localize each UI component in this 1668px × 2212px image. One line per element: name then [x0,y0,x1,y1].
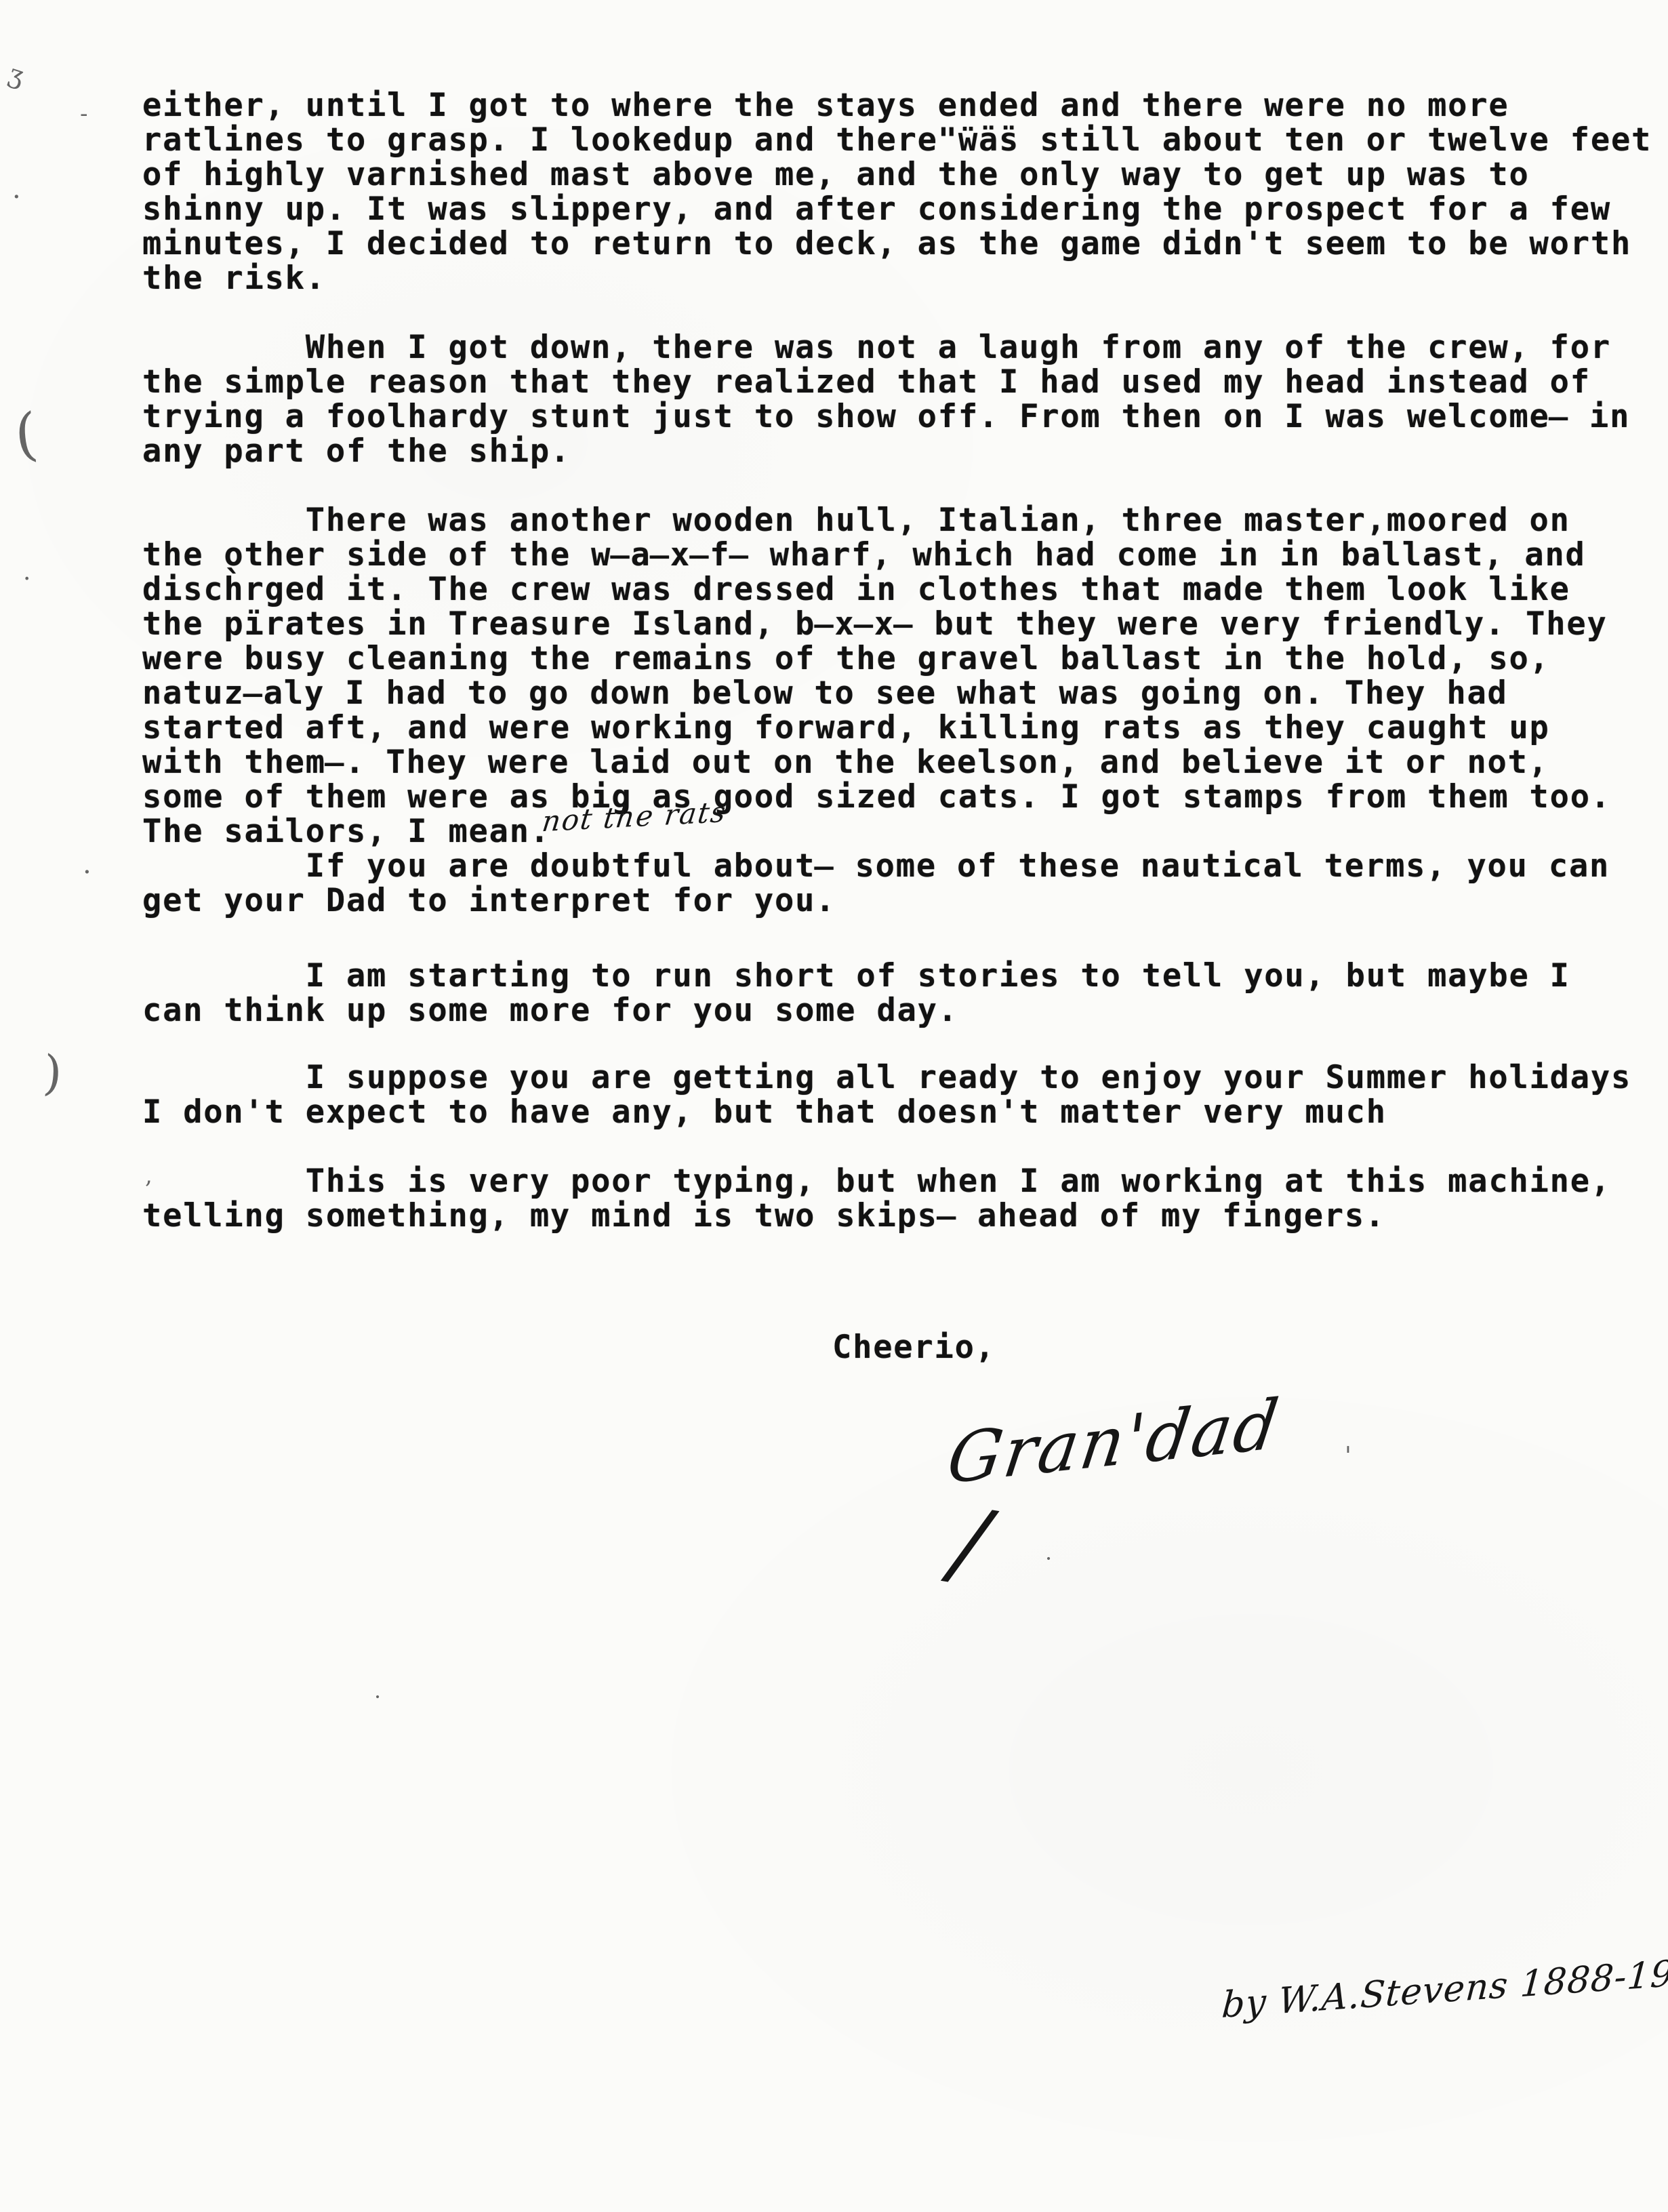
letter-paragraph-3: There was another wooden hull, Italian, … [142,503,1611,849]
scan-speck: ) [41,1045,64,1102]
letter-paragraph-4: If you are doubtful about̶ some of these… [142,849,1610,918]
scan-speck: ʒ [5,58,28,91]
letter-paragraph-5: I am starting to run short of stories to… [142,959,1570,1028]
scan-speck: ( [12,401,41,469]
handwritten-signature: Gran'dad [943,1384,1285,1500]
scan-speck: · [23,565,30,593]
scan-speck: . [83,849,91,880]
scan-speck: , [145,1162,152,1189]
closing-salutation: Cheerio, [832,1330,996,1365]
scan-speck: - [80,100,88,127]
letter-paragraph-1: either, until I got to where the stays e… [142,88,1652,296]
handwritten-attribution: by W.A.Stevens 1888-1961 [1221,1950,1668,2026]
scan-speck: · [12,182,21,213]
scan-speck: ' [1345,1443,1351,1470]
scanned-letter-page: either, until I got to where the stays e… [0,0,1668,2212]
letter-paragraph-2: When I got down, there was not a laugh f… [142,330,1630,468]
scan-speck: · [1045,1546,1052,1571]
signature-flourish-stroke: / [946,1487,995,1601]
letter-paragraph-6: I suppose you are getting all ready to e… [142,1060,1631,1129]
scan-speck: · [374,1684,381,1710]
letter-paragraph-7: This is very poor typing, but when I am … [142,1164,1611,1233]
